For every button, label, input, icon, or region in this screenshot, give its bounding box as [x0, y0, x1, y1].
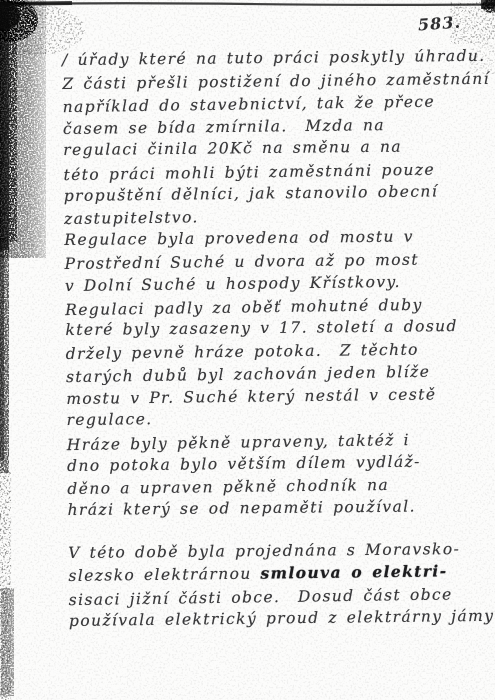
- handwritten-words: slezsko elektrárnou: [68, 565, 260, 585]
- scanned-document-page: 583. / úřady které na tuto práci poskytl…: [0, 0, 495, 700]
- handwritten-line: / úřady které na tuto práci poskytly úhr…: [62, 45, 492, 72]
- top-edge-scan-line: [0, 0, 495, 9]
- handwritten-line: regulaci činila 20Kč na směnu a na: [63, 135, 493, 162]
- top-left-ink-blob: [0, 0, 85, 56]
- left-binding-speckle-band: [0, 0, 46, 700]
- handwritten-line: hrázi který se od nepaměti používal.: [68, 495, 495, 522]
- handwritten-word-bold: smlouva o elektri-: [260, 561, 447, 582]
- handwritten-line: Regulace byla provedena od mostu v: [64, 225, 494, 252]
- second-paragraph: V této době byla projednána s Moravsko- …: [68, 537, 495, 632]
- handwritten-line: regulace.: [66, 405, 495, 432]
- page-number: 583.: [417, 13, 461, 35]
- handwritten-line: které byly zasazeny v 17. století a dosu…: [65, 315, 495, 342]
- handwritten-line: V této době byla projednána s Moravsko-: [68, 537, 495, 564]
- handwriting-block: / úřady které na tuto práci poskytly úhr…: [62, 45, 495, 633]
